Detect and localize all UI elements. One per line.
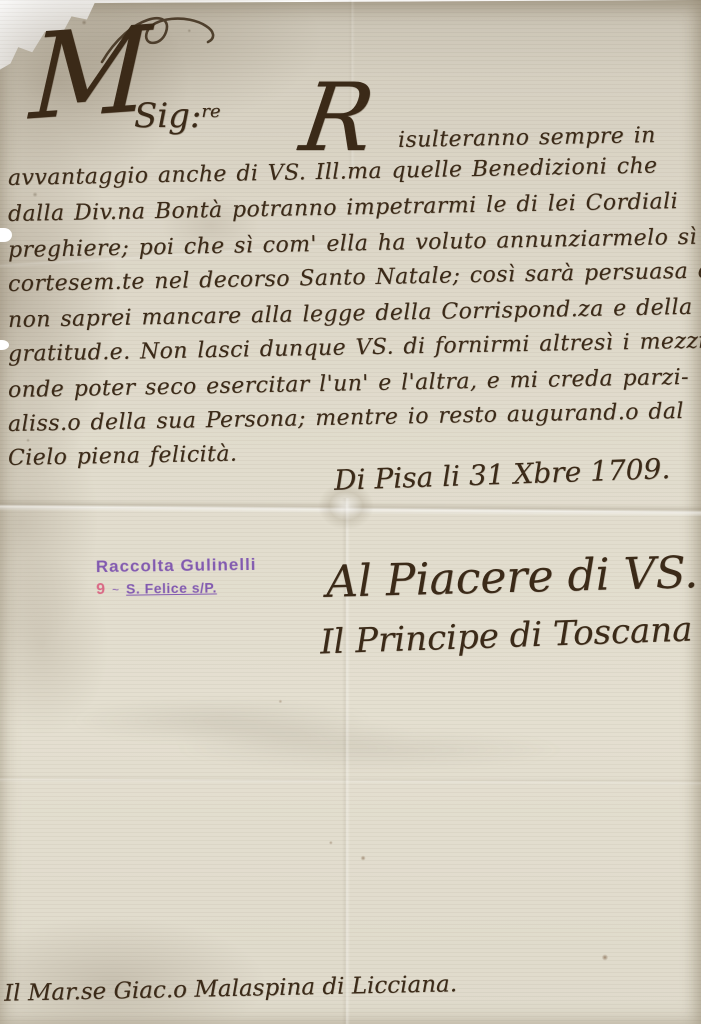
stamp-second-row: 9 ~ S. Felice s/P. [96,579,257,599]
stamp-separator: ~ [112,583,119,597]
collection-stamp: Raccolta Gulinelli 9 ~ S. Felice s/P. [96,555,257,599]
scanned-letter-page: M Sig:re R isulteranno sempre in avvanta… [0,0,701,1024]
stamp-collection-name: Raccolta Gulinelli [96,555,257,577]
signature-valediction: Al Piacere di VS. [325,547,698,608]
stamp-number: 9 [96,581,105,599]
body-line: Cielo piena felicità. [8,442,238,471]
salutation-title-base: Sig: [134,96,201,136]
stamp-place-name: S. Felice s/P. [126,579,217,596]
salutation-title-superscript: re [201,101,220,122]
body-drop-cap: R [295,72,379,166]
salutation-title: Sig:re [134,96,221,136]
body-line: isulteranno sempre in [398,123,656,153]
